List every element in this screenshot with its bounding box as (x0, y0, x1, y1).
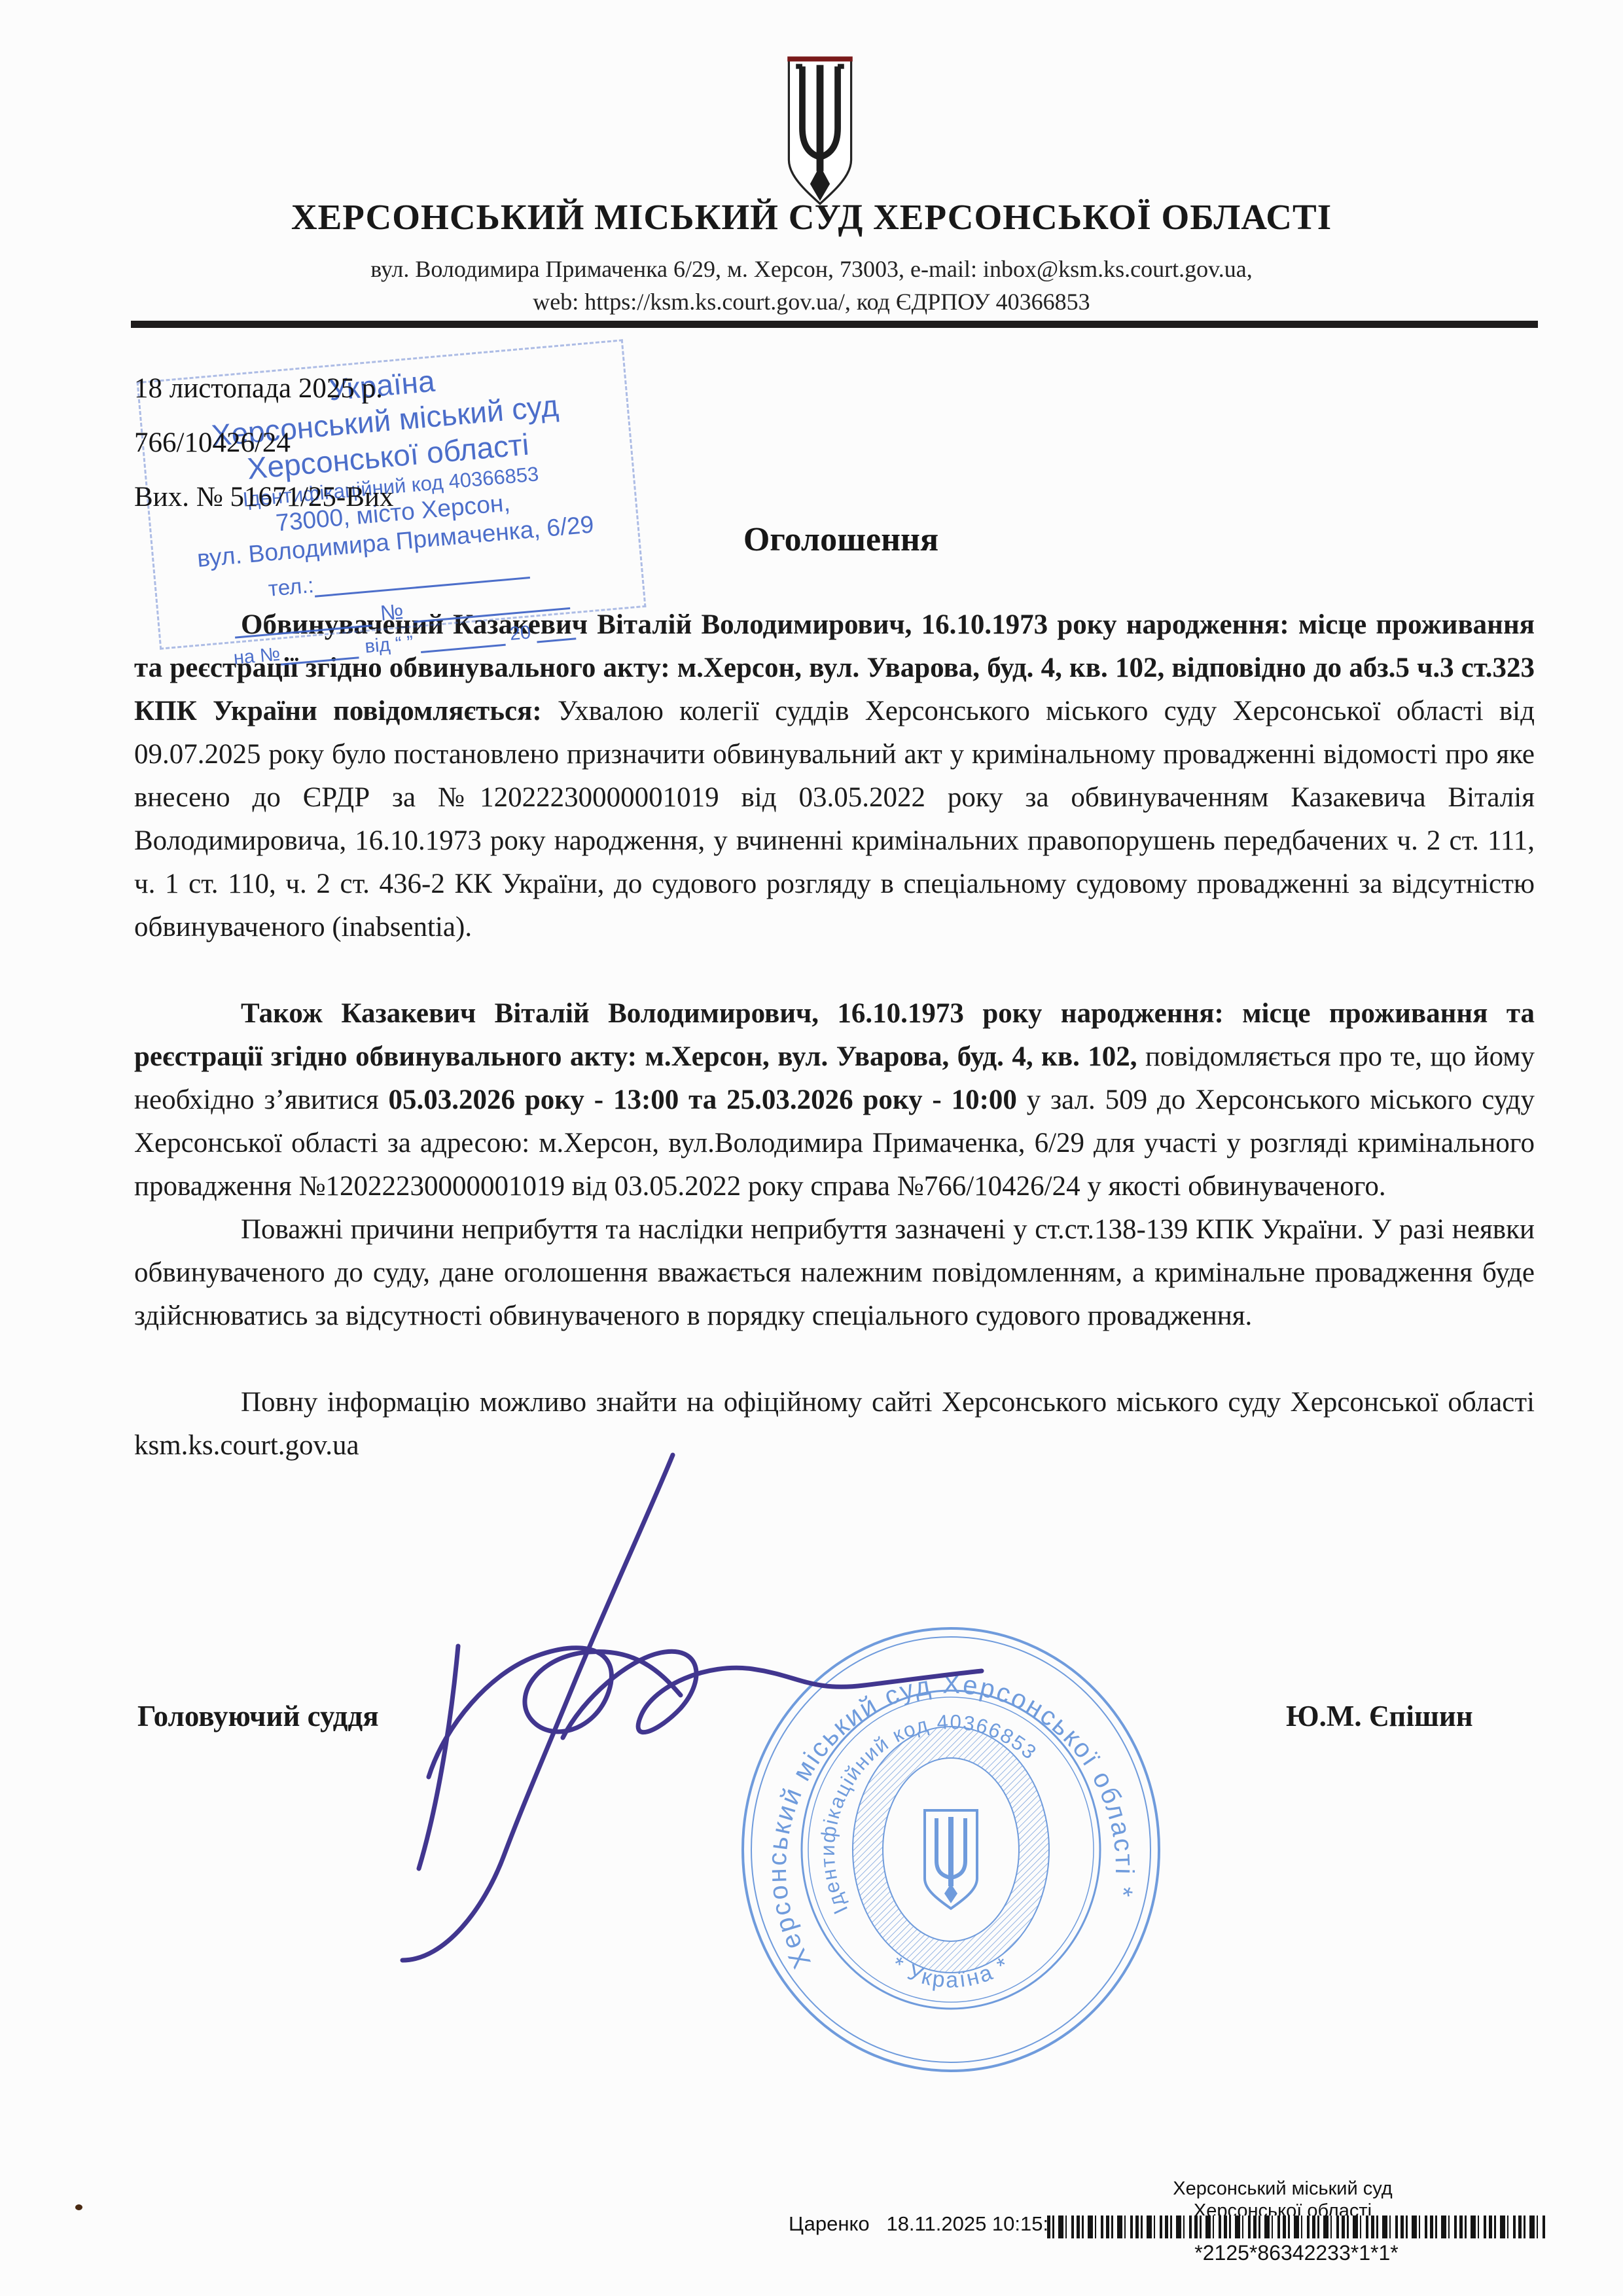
registration-barcode (1047, 2215, 1546, 2238)
footer-court-line1: Херсонський міський суд (1113, 2178, 1453, 2200)
footer-operator-timestamp: Царенко 18.11.2025 10:15:43 (789, 2212, 1071, 2236)
case-number: 766/10426/24 (134, 429, 393, 457)
stamp-na-label: на № (233, 643, 281, 669)
paragraph-bold-segment: 05.03.2026 року - 13:00 та 25.03.2026 ро… (388, 1085, 1026, 1115)
document-date: 18 листопада 2025 р. (134, 374, 393, 403)
stamp-tel-label: тел.: (267, 573, 315, 601)
document-title: Оголошення (743, 520, 938, 559)
document-paragraphs: Обвинувачений Казакевич Віталій Володими… (134, 603, 1535, 1467)
footer-operator: Царенко (789, 2212, 870, 2235)
paragraph: Також Казакевич Віталій Володимирович, 1… (134, 992, 1535, 1208)
court-address-line: вул. Володимира Примаченка 6/29, м. Херс… (0, 255, 1623, 283)
stamp-no-label: № (379, 599, 404, 626)
footer-timestamp: 18.11.2025 10:15:43 (886, 2212, 1071, 2235)
court-web-line: web: https://ksm.ks.court.gov.ua/, код Є… (0, 288, 1623, 315)
judge-name: Ю.М. Єпішин (1286, 1699, 1473, 1733)
ukraine-trident-emblem-icon (784, 54, 856, 209)
scanned-court-document: ХЕРСОНСЬКИЙ МІСЬКИЙ СУД ХЕРСОНСЬКОЇ ОБЛА… (0, 0, 1623, 2296)
paragraph-segment: Ухвалою колегії суддів Херсонського місь… (134, 696, 1535, 942)
stamp-year-label: 20 (509, 622, 532, 645)
judge-role-label: Головуючий суддя (137, 1699, 379, 1733)
stamp-blank-line (535, 619, 576, 643)
court-name-heading: ХЕРСОНСЬКИЙ МІСЬКИЙ СУД ХЕРСОНСЬКОЇ ОБЛА… (0, 196, 1623, 238)
outgoing-number: Вих. № 51671/25-Вих (134, 483, 393, 511)
judge-signature (366, 1437, 1027, 2032)
barcode-caption: *2125*86342233*1*1* (1047, 2241, 1546, 2265)
header-divider-rule (131, 321, 1538, 328)
reference-block: 18 листопада 2025 р. 766/10426/24 Вих. №… (134, 374, 393, 537)
scan-speck-artifact (75, 2204, 82, 2210)
paragraph-segment: Поважні причини неприбуття та наслідки н… (134, 1214, 1535, 1331)
paragraph: Поважні причини неприбуття та наслідки н… (134, 1208, 1535, 1338)
stamp-vid-label: від “ ” (364, 632, 414, 658)
